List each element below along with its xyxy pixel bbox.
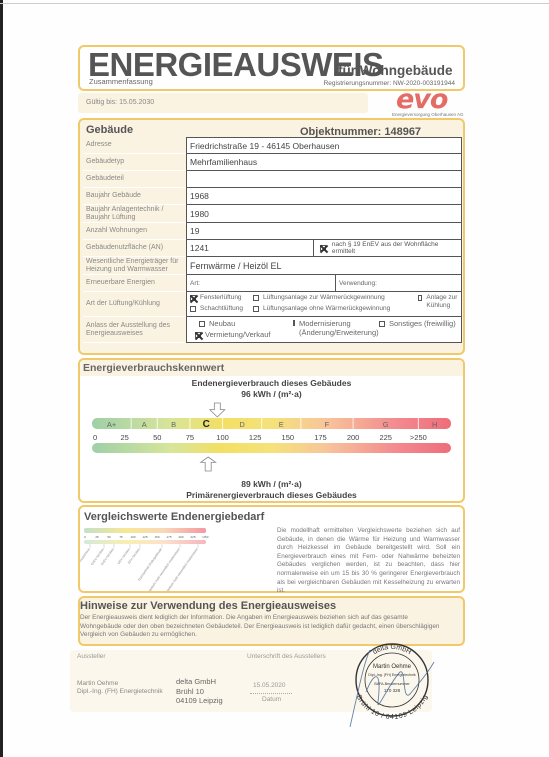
row-label: Anzahl Wohnungen xyxy=(83,223,186,240)
energy-section-title: Energieverbrauchskennwert xyxy=(83,362,224,374)
validity-strip: Gültig bis: 15.05.2030 xyxy=(78,93,368,113)
company-name: delta GmbH xyxy=(176,677,223,687)
option-label: Sonstiges (freiwillig) xyxy=(389,319,456,328)
row-label: Anlass der Ausstellung des Energieauswei… xyxy=(83,317,186,343)
end-energy-label: Endenergieverbrauch dieses Gebäudes xyxy=(80,378,463,388)
issuer-company-block: delta GmbH Brühl 10 04109 Leipzig xyxy=(176,677,223,706)
issuer-name-block: Martin Oehme Dipl.-Ing. (FH) Energietech… xyxy=(77,680,163,696)
reason-option[interactable]: Modernisierung (Änderung/Erweiterung) xyxy=(293,319,378,337)
option-label: Fensterlüftung xyxy=(200,294,242,301)
ventilation-option[interactable]: Fensterlüftung xyxy=(190,294,242,301)
row-label: Baujahr Gebäude xyxy=(83,188,186,205)
floor-area-note: nach § 19 EnEV aus der Wohnfläche ermitt… xyxy=(314,240,462,257)
row-ventilation: Art der Lüftung/Kühlung Fensterlüftung L… xyxy=(83,292,462,317)
option-label: Lüftungsanlage ohne Wärmerückgewinnung xyxy=(263,305,390,312)
reason-options: Neubau Modernisierung (Änderung/Erweiter… xyxy=(186,317,462,343)
energy-certificate-page: ENERGIEAUSWEIS für Wohngebäude Zusammenf… xyxy=(0,0,549,757)
scan-edge xyxy=(0,0,3,757)
reason-option[interactable]: Neubau xyxy=(199,319,235,328)
svg-text:>250: >250 xyxy=(410,433,427,442)
svg-text:Passivhaus: Passivhaus xyxy=(80,547,91,563)
checkbox[interactable] xyxy=(253,306,259,312)
row-energy-carriers: Wesentliche Energieträger für Heizung un… xyxy=(83,257,462,275)
svg-text:175: 175 xyxy=(314,433,327,442)
svg-text:100: 100 xyxy=(130,535,135,539)
option-label: Anlage zur Kühlung xyxy=(426,294,460,310)
notes-section-title: Hinweise zur Verwendung des Energieauswe… xyxy=(80,600,336,612)
svg-text:delta GmbH: delta GmbH xyxy=(372,644,412,656)
system-year-value: 1980 xyxy=(186,205,462,223)
address-value: Friedrichstraße 19 - 46145 Oberhausen xyxy=(186,137,462,154)
svg-text:150: 150 xyxy=(282,433,295,442)
checkbox[interactable] xyxy=(190,306,196,312)
row-label: Gebäudeteil xyxy=(83,171,186,188)
svg-text:0: 0 xyxy=(84,535,86,539)
svg-text:125: 125 xyxy=(142,535,147,539)
svg-text:25: 25 xyxy=(120,433,128,442)
svg-text:E: E xyxy=(279,420,284,429)
row-renewables: Erneuerbare Energien Art: Verwendung: xyxy=(83,275,462,292)
issuer-stamp: delta GmbHBrühl 10 / 04109 LeipzigMartin… xyxy=(330,632,450,732)
evo-logo: evo xyxy=(396,88,466,110)
building-type-value: Mehrfamilienhaus xyxy=(186,154,462,171)
apartments-value: 19 xyxy=(186,223,462,240)
option-label: Vermietung/Verkauf xyxy=(205,330,270,339)
energy-section-header: Energieverbrauchskennwert xyxy=(80,360,463,376)
row-label: Gebäudetyp xyxy=(83,154,186,171)
floor-area-value: 1241 xyxy=(186,240,314,257)
company-city: 04109 Leipzig xyxy=(176,696,223,706)
floor-area-note-text: nach § 19 EnEV aus der Wohnfläche ermitt… xyxy=(332,241,461,255)
row-building-type: Gebäudetyp Mehrfamilienhaus xyxy=(83,154,462,171)
svg-text:125: 125 xyxy=(249,433,262,442)
checkbox[interactable] xyxy=(418,295,422,301)
company-street: Brühl 10 xyxy=(176,687,223,697)
checkbox[interactable] xyxy=(253,295,259,301)
checkbox[interactable] xyxy=(190,295,196,301)
ventilation-option[interactable]: Anlage zur Kühlung xyxy=(418,294,460,310)
svg-text:Brühl 10 / 04109 Leipzig: Brühl 10 / 04109 Leipzig xyxy=(355,694,430,721)
construction-year-value: 1968 xyxy=(186,188,462,205)
row-apartments: Anzahl Wohnungen 19 xyxy=(83,223,462,240)
row-label: Erneuerbare Energien xyxy=(83,275,186,292)
row-label: Adresse xyxy=(83,137,186,154)
svg-text:A: A xyxy=(142,420,147,429)
svg-text:200: 200 xyxy=(347,433,360,442)
svg-text:25: 25 xyxy=(95,535,99,539)
floor-area-checkbox[interactable] xyxy=(320,245,326,251)
svg-text:225: 225 xyxy=(190,535,195,539)
issuer-label: Aussteller xyxy=(77,653,106,660)
svg-text:F: F xyxy=(325,420,330,429)
renewables-type: Art: xyxy=(186,275,336,292)
row-label: Baujahr Anlagentechnik / Baujahr Lüftung xyxy=(83,205,186,223)
svg-text:G: G xyxy=(383,420,389,429)
checkbox[interactable] xyxy=(379,321,385,327)
svg-text:200: 200 xyxy=(178,535,183,539)
ventilation-option[interactable]: Schachtlüftung xyxy=(190,305,243,312)
primary-energy-label: Primärenergieverbrauch dieses Gebäudes xyxy=(80,490,463,500)
comparison-section-title: Vergleichswerte Endenergiebedarf xyxy=(84,511,264,523)
issuer-name: Martin Oehme xyxy=(77,680,163,688)
row-label: Art der Lüftung/Kühlung xyxy=(83,292,186,317)
svg-text:225: 225 xyxy=(379,433,392,442)
row-system-year: Baujahr Anlagentechnik / Baujahr Lüftung… xyxy=(83,205,462,223)
date-label: Datum xyxy=(262,696,281,703)
checkbox[interactable] xyxy=(199,321,205,327)
svg-text:75: 75 xyxy=(186,433,194,442)
option-label: Lüftungsanlage zur Wärmerückgewinnung xyxy=(263,294,385,301)
reason-option[interactable]: Vermietung/Verkauf xyxy=(195,330,270,339)
logo-caption: Energieversorgung Oberhausen AG xyxy=(392,112,464,117)
svg-text:150: 150 xyxy=(154,535,159,539)
ventilation-options: Fensterlüftung Lüftungsanlage zur Wärmer… xyxy=(186,292,462,317)
valid-until: Gültig bis: 15.05.2030 xyxy=(86,99,154,106)
row-reason: Anlass der Ausstellung des Energieauswei… xyxy=(83,317,462,343)
option-label: Modernisierung (Änderung/Erweiterung) xyxy=(299,319,379,337)
svg-text:Martin Oehme: Martin Oehme xyxy=(373,664,412,670)
svg-text:>250: >250 xyxy=(202,535,209,539)
row-label: Gebäudenutzfläche (AN) xyxy=(83,240,186,257)
svg-text:100: 100 xyxy=(216,433,229,442)
svg-text:A+: A+ xyxy=(107,420,117,429)
svg-text:50: 50 xyxy=(153,433,161,442)
building-part-value xyxy=(186,171,462,188)
svg-text:75: 75 xyxy=(119,535,123,539)
issue-date: 15.05.2020 xyxy=(253,682,286,689)
energy-carriers-value: Fernwärme / Heizöl EL xyxy=(186,257,462,275)
scan-top-line xyxy=(0,3,549,4)
row-floor-area: Gebäudenutzfläche (AN) 1241 nach § 19 En… xyxy=(83,240,462,257)
row-construction-year: Baujahr Gebäude 1968 xyxy=(83,188,462,205)
row-building-part: Gebäudeteil xyxy=(83,171,462,188)
signature-label: Unterschrift des Ausstellers xyxy=(247,653,326,660)
energy-scale: A+ABCDEFGH0255075100125150175200225>250 xyxy=(80,398,463,478)
comparison-text: Die modellhaft ermittelten Vergleichswer… xyxy=(277,527,460,596)
svg-text:175: 175 xyxy=(166,535,171,539)
ventilation-option[interactable]: Lüftungsanlage zur Wärmerückgewinnung xyxy=(253,294,385,301)
primary-energy-value: 89 kWh / (m²·a) xyxy=(80,479,463,489)
date-line xyxy=(250,693,292,694)
row-label: Wesentliche Energieträger für Heizung un… xyxy=(83,257,186,275)
ventilation-option[interactable]: Lüftungsanlage ohne Wärmerückgewinnung xyxy=(253,305,390,312)
document-subtitle: für Wohngebäude xyxy=(338,63,453,78)
row-address: Adresse Friedrichstraße 19 - 46145 Oberh… xyxy=(83,137,462,154)
building-section: Gebäude Objektnummer: 148967 Adresse Fri… xyxy=(78,118,465,355)
comparison-section: Vergleichswerte Endenergiebedarf 0255075… xyxy=(78,505,465,593)
energy-section: Energieverbrauchskennwert Endenergieverb… xyxy=(78,358,465,503)
renewables-use: Verwendung: xyxy=(336,275,462,292)
reason-option[interactable]: Sonstiges (freiwillig) xyxy=(379,319,456,328)
svg-text:H: H xyxy=(432,420,437,429)
svg-text:0: 0 xyxy=(93,433,97,442)
svg-text:B: B xyxy=(171,420,176,429)
checkbox[interactable] xyxy=(195,332,201,338)
option-label: Schachtlüftung xyxy=(200,305,243,312)
option-label: Neubau xyxy=(209,319,235,328)
svg-text:50: 50 xyxy=(107,535,111,539)
document-caption: Zusammenfassung xyxy=(89,77,153,86)
logo-text: evo xyxy=(396,84,447,115)
issuer-title: Dipl.-Ing. (FH) Energietechnik xyxy=(77,688,163,696)
svg-text:C: C xyxy=(203,419,210,430)
checkbox[interactable] xyxy=(293,320,295,326)
svg-text:D: D xyxy=(239,420,245,429)
comparison-mini-scale: 0255075100125150175200225>250PassivhausE… xyxy=(80,525,212,591)
building-section-title: Gebäude xyxy=(86,124,133,136)
